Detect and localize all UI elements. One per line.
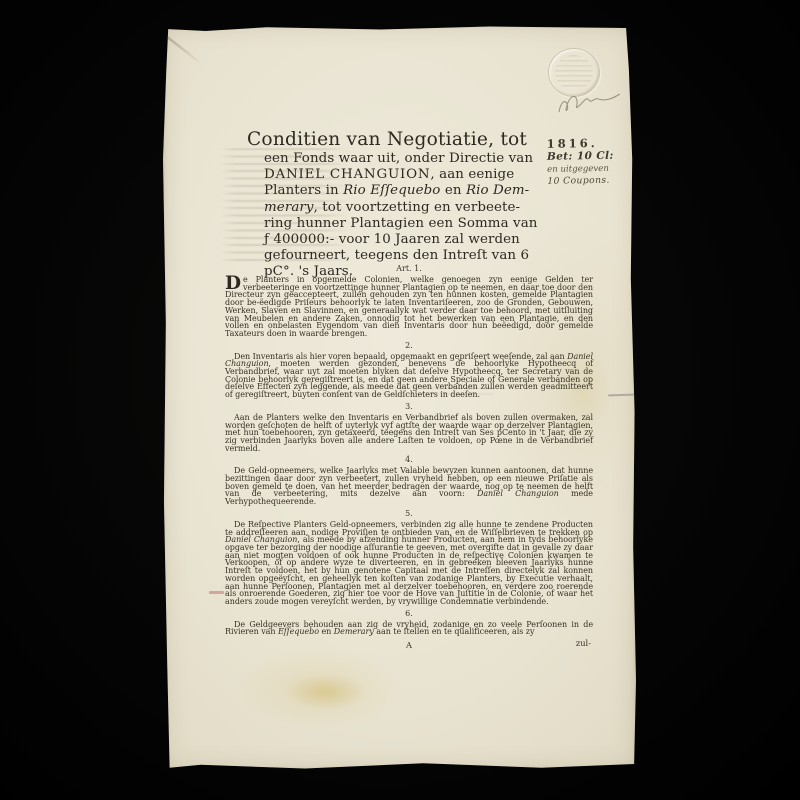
title-line: merary, tot voortzetting en verbeete- <box>264 200 539 216</box>
paper-stain <box>286 674 366 710</box>
catchword: zul- <box>576 638 591 648</box>
title-line: Planters in Rio Eſſequebo en Rio Dem- <box>264 183 539 199</box>
article-text: e Planters in opgemelde Colonien, welke … <box>225 275 593 338</box>
article-number: 3. <box>225 403 593 411</box>
document-body: Art. 1. De Planters in opgemelde Colonie… <box>225 261 593 649</box>
drop-cap: D <box>225 276 243 291</box>
article-number: 6. <box>225 610 593 618</box>
note-line: 10 Coupons. <box>547 174 643 188</box>
paper-crease <box>166 35 203 65</box>
article-paragraph: De Planters in opgemelde Colonien, welke… <box>225 276 593 338</box>
article-number: 4. <box>225 456 593 464</box>
article-number: 5. <box>225 510 593 518</box>
title-line: ring hunner Plantagien een Somma van <box>264 216 539 232</box>
article-number: Art. 1. <box>225 265 593 273</box>
catchword-row: A zul- <box>225 638 593 649</box>
title-line: DANIEL CHANGUION, aan eenige <box>264 167 539 183</box>
article-paragraph: De Geldgeevers behouden aan zig de vryhe… <box>225 621 593 636</box>
embossed-stamp-texture <box>555 55 593 90</box>
pencil-mark <box>608 394 635 397</box>
title-line: ƒ 400000:- voor 10 Jaaren zal werden <box>264 232 539 248</box>
title-first-line: Conditien van Negotiatie, tot <box>247 129 539 150</box>
article-paragraph: De Geld-opneemers, welke Jaarlyks met Va… <box>225 467 593 506</box>
handwritten-note: 1816. Bet: 10 Cl: en uitgegeven 10 Coupo… <box>547 136 644 188</box>
article-paragraph: Den Inventaris als hier voren bepaald, o… <box>225 353 593 399</box>
ink-mark <box>209 591 224 594</box>
gathering-signature: A <box>406 640 412 650</box>
photo-background: 1816. Bet: 10 Cl: en uitgegeven 10 Coupo… <box>0 0 800 800</box>
article-paragraph: De Reſpective Planters Geld-opneemers, v… <box>225 521 593 606</box>
document-page: 1816. Bet: 10 Cl: en uitgegeven 10 Coupo… <box>163 25 636 770</box>
document-title: Conditien van Negotiatie, tot een Fonds … <box>247 129 539 281</box>
article-paragraph: Aan de Planters welke den Inventaris en … <box>225 414 593 453</box>
title-line: een Fonds waar uit, onder Directie van <box>264 151 539 167</box>
article-number: 2. <box>225 342 593 350</box>
